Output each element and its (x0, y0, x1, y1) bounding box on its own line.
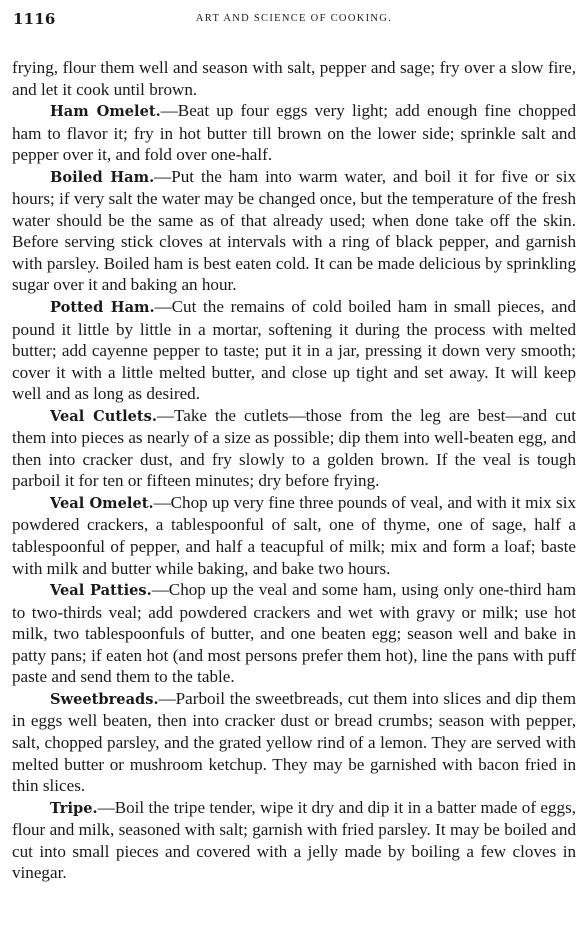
book-page: 1116 ART AND SCIENCE OF COOKING. frying,… (0, 0, 588, 930)
recipe-heading: Tripe. (50, 800, 98, 817)
recipe-heading: Potted Ham. (50, 299, 155, 316)
page-header: 1116 ART AND SCIENCE OF COOKING. (12, 10, 576, 30)
recipe-sweetbreads: Sweetbreads.—Parboil the sweetbreads, cu… (12, 688, 576, 797)
paragraph-text: frying, flour them well and season with … (12, 58, 576, 99)
recipe-heading: Boiled Ham. (50, 169, 154, 186)
paragraph-continuation: frying, flour them well and season with … (12, 57, 576, 100)
recipe-tripe: Tripe.—Boil the tripe tender, wipe it dr… (12, 797, 576, 884)
recipe-potted-ham: Potted Ham.—Cut the remains of cold boil… (12, 296, 576, 405)
recipe-heading: Veal Omelet. (50, 495, 154, 512)
recipe-veal-omelet: Veal Omelet.—Chop up very fine three pou… (12, 492, 576, 579)
recipe-ham-omelet: Ham Omelet.—Beat up four eggs very light… (12, 100, 576, 166)
recipe-heading: Sweetbreads. (50, 691, 159, 708)
recipe-boiled-ham: Boiled Ham.—Put the ham into warm water,… (12, 166, 576, 296)
running-title: ART AND SCIENCE OF COOKING. (12, 13, 576, 24)
page-body: frying, flour them well and season with … (12, 57, 576, 884)
recipe-heading: Veal Patties. (50, 582, 152, 599)
recipe-heading: Ham Omelet. (50, 103, 161, 120)
recipe-veal-cutlets: Veal Cutlets.—Take the cutlets—those fro… (12, 405, 576, 492)
recipe-veal-patties: Veal Patties.—Chop up the veal and some … (12, 579, 576, 688)
recipe-heading: Veal Cutlets. (50, 408, 157, 425)
